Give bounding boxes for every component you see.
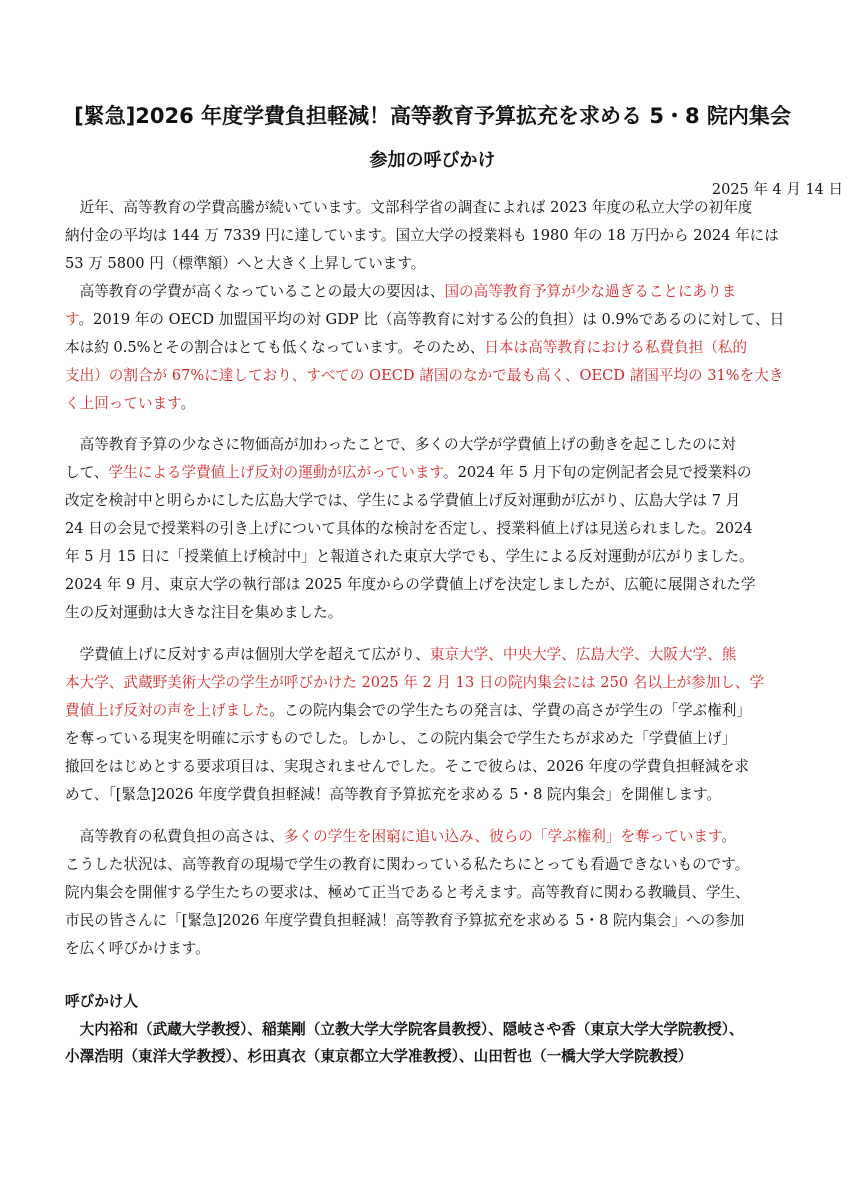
body-text-line: を広く呼びかけます。 xyxy=(65,939,845,959)
signatories-line: 小澤浩明（東洋大学教授）、杉田真衣（東京都立大学准教授）、山田哲也（一橋大学大学… xyxy=(65,1047,845,1067)
body-text: 市民の皆さんに「[緊急]2026 年度学費負担軽減！高等教育予算拡充を求める 5… xyxy=(65,912,744,929)
body-text: めて、「[緊急]2026 年度学費負担軽減！高等教育予算拡充を求める 5・8 院… xyxy=(65,786,721,803)
highlighted-text: す xyxy=(65,311,78,328)
body-text-line: 53 万 5800 円（標準額）へと大きく上昇しています。 xyxy=(65,254,845,274)
highlighted-text: 多くの学生を困窮に追い込み、彼らの「学ぶ権利」を奪っています xyxy=(284,828,722,845)
body-text-line: 院内集会を開催する学生たちの要求は、極めて正当であると考えます。高等教育に関わる… xyxy=(65,883,845,903)
body-text: 高等教育の学費が高くなっていることの最大の要因は、 xyxy=(65,283,444,300)
highlighted-text: 支出）の割合が 67%に達しており、すべての OECD 諸国のなかで最も高く、O… xyxy=(65,367,783,384)
body-text: こうした状況は、高等教育の現場で学生の教育に関わっている私たちにとっても看過でき… xyxy=(65,856,749,873)
document-title: [緊急]2026 年度学費負担軽減！高等教育予算拡充を求める 5・8 院内集会 xyxy=(0,100,865,130)
body-text-line: 近年、高等教育の学費高騰が続いています。文部科学省の調査によれば 2023 年度… xyxy=(65,198,845,218)
body-text: を広く呼びかけます。 xyxy=(65,940,210,957)
body-text-line: 学費値上げに反対する声は個別大学を超えて広がり、東京大学、中央大学、広島大学、大… xyxy=(65,645,845,665)
body-text-line: して、学生による学費値上げ反対の運動が広がっています。2024 年 5 月下旬の… xyxy=(65,463,845,483)
body-text: を奪っている現実を明確に示すものでした。しかし、この院内集会で学生たちが求めた「… xyxy=(65,730,736,747)
body-text-line: す。2019 年の OECD 加盟国平均の対 GDP 比（高等教育に対する公的負… xyxy=(65,310,845,330)
body-text: 24 日の会見で授業料の引き上げについて具体的な検討を否定し、授業料値上げは見送… xyxy=(65,520,753,537)
highlighted-text: く上回っています xyxy=(65,395,181,412)
body-text: 撤回をはじめとする要求項目は、実現されませんでした。そこで彼らは、2026 年度… xyxy=(65,758,749,775)
highlighted-text: 東京大学、中央大学、広島大学、大阪大学、熊 xyxy=(430,646,736,663)
body-text: 。この院内集会での学生たちの発言は、学費の高さが学生の「学ぶ権利」 xyxy=(269,702,751,719)
body-text-line: こうした状況は、高等教育の現場で学生の教育に関わっている私たちにとっても看過でき… xyxy=(65,855,845,875)
body-text: 年 5 月 15 日に「授業値上げ検討中」と報道された東京大学でも、学生による反… xyxy=(65,548,754,565)
signatories-line: 大内裕和（武蔵大学教授）、稲葉剛（立教大学大学院客員教授）、隠岐さや香（東京大学… xyxy=(65,1020,845,1040)
body-text: 。 xyxy=(181,395,196,412)
body-text-line: 撤回をはじめとする要求項目は、実現されませんでした。そこで彼らは、2026 年度… xyxy=(65,757,845,777)
body-text: 学費値上げに反対する声は個別大学を超えて広がり、 xyxy=(65,646,430,663)
body-text-line: 費値上げ反対の声を上げました。この院内集会での学生たちの発言は、学費の高さが学生… xyxy=(65,701,845,721)
body-text: 2024 年 9 月、東京大学の執行部は 2025 年度からの学費値上げを決定し… xyxy=(65,576,756,593)
body-text-line: めて、「[緊急]2026 年度学費負担軽減！高等教育予算拡充を求める 5・8 院… xyxy=(65,785,845,805)
body-text-line: 納付金の平均は 144 万 7339 円に達しています。国立大学の授業料も 19… xyxy=(65,226,845,246)
body-text-line: を奪っている現実を明確に示すものでした。しかし、この院内集会で学生たちが求めた「… xyxy=(65,729,845,749)
body-text: 。2019 年の OECD 加盟国平均の対 GDP 比（高等教育に対する公的負担… xyxy=(78,311,784,328)
highlighted-text: 本大学、武蔵野美術大学の学生が呼びかけた 2025 年 2 月 13 日の院内集… xyxy=(65,674,764,691)
body-text: 53 万 5800 円（標準額）へと大きく上昇しています。 xyxy=(65,255,425,272)
body-text-line: 本大学、武蔵野美術大学の学生が呼びかけた 2025 年 2 月 13 日の院内集… xyxy=(65,673,845,693)
highlighted-text: 費値上げ反対の声を上げました xyxy=(65,702,269,719)
body-text-line: 生の反対運動は大きな注目を集めました。 xyxy=(65,603,845,623)
body-text-line: 24 日の会見で授業料の引き上げについて具体的な検討を否定し、授業料値上げは見送… xyxy=(65,519,845,539)
body-text: 本は約 0.5%とその割合はとても低くなっています。そのため、 xyxy=(65,339,484,356)
highlighted-text: 国の高等教育予算が少な過ぎることにありま xyxy=(444,283,736,300)
body-text: 。 xyxy=(721,828,736,845)
body-text: 生の反対運動は大きな注目を集めました。 xyxy=(65,604,342,621)
body-text: 近年、高等教育の学費高騰が続いています。文部科学省の調査によれば 2023 年度… xyxy=(65,199,752,216)
body-text: 院内集会を開催する学生たちの要求は、極めて正当であると考えます。高等教育に関わる… xyxy=(65,884,750,901)
highlighted-text: 学生による学費値上げ反対の運動が広がっています xyxy=(109,464,444,481)
body-text: 高等教育の私費負担の高さは、 xyxy=(65,828,284,845)
body-text-line: 本は約 0.5%とその割合はとても低くなっています。そのため、日本は高等教育にお… xyxy=(65,338,845,358)
body-text-line: 2024 年 9 月、東京大学の執行部は 2025 年度からの学費値上げを決定し… xyxy=(65,575,845,595)
body-text-line: 高等教育予算の少なさに物価高が加わったことで、多くの大学が学費値上げの動きを起こ… xyxy=(65,435,845,455)
body-text-line: 高等教育の私費負担の高さは、多くの学生を困窮に追い込み、彼らの「学ぶ権利」を奪っ… xyxy=(65,827,845,847)
body-text: 改定を検討中と明らかにした広島大学では、学生による学費値上げ反対運動が広がり、広… xyxy=(65,492,740,509)
body-text-line: く上回っています。 xyxy=(65,394,845,414)
highlighted-text: 日本は高等教育における私費負担（私的 xyxy=(484,339,747,356)
body-text: して、 xyxy=(65,464,109,481)
body-text-line: 市民の皆さんに「[緊急]2026 年度学費負担軽減！高等教育予算拡充を求める 5… xyxy=(65,911,845,931)
body-text-line: 支出）の割合が 67%に達しており、すべての OECD 諸国のなかで最も高く、O… xyxy=(65,366,845,386)
document-subtitle: 参加の呼びかけ xyxy=(0,146,865,172)
body-text: 納付金の平均は 144 万 7339 円に達しています。国立大学の授業料も 19… xyxy=(65,227,779,244)
body-text-line: 高等教育の学費が高くなっていることの最大の要因は、国の高等教育予算が少な過ぎるこ… xyxy=(65,282,845,302)
body-text-line: 改定を検討中と明らかにした広島大学では、学生による学費値上げ反対運動が広がり、広… xyxy=(65,491,845,511)
signatories-heading: 呼びかけ人 xyxy=(65,992,845,1012)
body-text: 高等教育予算の少なさに物価高が加わったことで、多くの大学が学費値上げの動きを起こ… xyxy=(65,436,736,453)
document-date: 2025 年 4 月 14 日 xyxy=(712,178,843,199)
body-text: 。2024 年 5 月下旬の定例記者会見で授業料の xyxy=(443,464,751,481)
document-page: [緊急]2026 年度学費負担軽減！高等教育予算拡充を求める 5・8 院内集会 … xyxy=(0,0,865,1199)
body-text-line: 年 5 月 15 日に「授業値上げ検討中」と報道された東京大学でも、学生による反… xyxy=(65,547,845,567)
